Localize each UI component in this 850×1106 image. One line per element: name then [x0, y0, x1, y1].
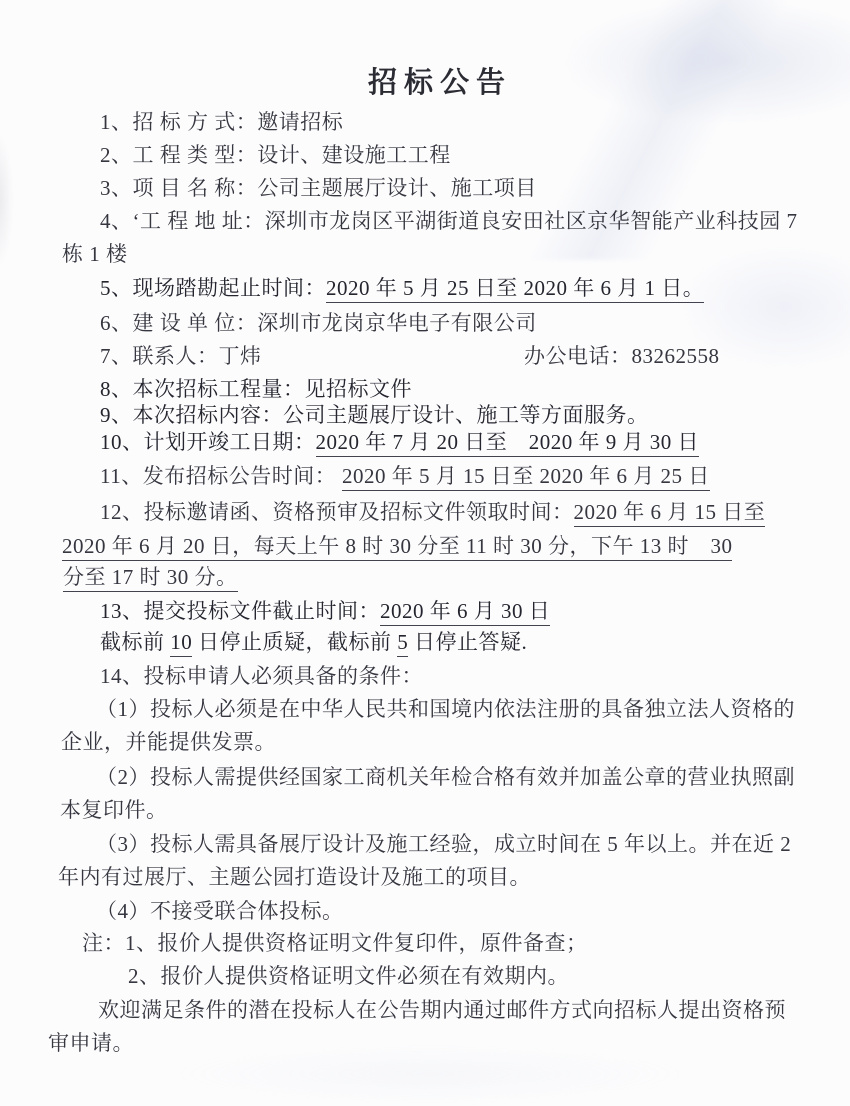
field-text: 1、招 标 方 式：邀请招标	[100, 110, 343, 134]
field-label: 11、发布招标公告时间：	[100, 464, 342, 488]
field-label: 5、现场踏勘起止时间：	[100, 276, 326, 300]
line-bidder-requirements-heading: 14、投标申请人必须具备的条件：	[100, 664, 423, 688]
document-title: 招标公告	[30, 60, 850, 101]
field-text: 欢迎满足条件的潜在投标人在公告期内通过邮件方式向招标人提出资格预	[98, 998, 786, 1022]
field-label: 10、计划开竣工日期：	[100, 430, 316, 454]
line-closing-invitation-wrap: 审申请。	[48, 1031, 134, 1055]
days-before-close-underlined: 10	[170, 630, 192, 657]
line-requirement-4: （4）不接受联合体投标。	[96, 899, 344, 923]
line-announcement-period: 11、发布招标公告时间： 2020 年 5 月 15 日至 2020 年 6 月…	[100, 464, 710, 488]
line-requirement-3: （3）投标人需具备展厅设计及施工经验，成立时间在 5 年以上。并在近 2	[96, 832, 791, 856]
field-text: 企业，并能提供发票。	[61, 730, 276, 754]
line-requirement-1-wrap: 企业，并能提供发票。	[61, 730, 276, 754]
line-contact-person: 7、联系人：丁炜办公电话：83262558	[100, 344, 820, 368]
line-submission-deadline: 13、提交投标文件截止时间：2020 年 6 月 30 日	[100, 599, 550, 623]
line-query-deadline: 截标前 10 日停止质疑，截标前 5 日停止答疑.	[100, 630, 527, 654]
line-construction-schedule: 10、计划开竣工日期：2020 年 7 月 20 日至 2020 年 9 月 3…	[100, 430, 699, 454]
line-project-address: 4、‘工 程 地 址：深圳市龙岗区平湖街道良安田社区京华智能产业科技园 7	[100, 209, 798, 233]
line-collection-time-wrap-1: 2020 年 6 月 20 日，每天上午 8 时 30 分至 11 时 30 分…	[62, 534, 732, 558]
field-text: 截标前	[100, 630, 170, 654]
field-text: （3）投标人需具备展厅设计及施工经验，成立时间在 5 年以上。并在近 2	[96, 832, 791, 856]
line-owner-unit: 6、建 设 单 位：深圳市龙岗京华电子有限公司	[100, 311, 537, 335]
field-text: （2）投标人需提供经国家工商机关年检合格有效并加盖公章的营业执照副	[96, 765, 795, 789]
field-text: 9、本次招标内容：公司主题展厅设计、施工等方面服务。	[100, 403, 649, 427]
field-text: 审申请。	[48, 1031, 134, 1055]
line-tender-content: 9、本次招标内容：公司主题展厅设计、施工等方面服务。	[100, 403, 649, 427]
office-phone: 办公电话：83262558	[524, 344, 720, 368]
line-collection-time-wrap-2: 分至 17 时 30 分。	[63, 565, 238, 589]
field-text: 14、投标申请人必须具备的条件：	[100, 664, 423, 688]
field-text: 注：1、报价人提供资格证明文件复印件，原件备查；	[82, 931, 588, 955]
scanned-tender-announcement-page: 招标公告 1、招 标 方 式：邀请招标 2、工 程 类 型：设计、建设施工工程 …	[0, 0, 850, 1106]
collection-dates-underlined: 分至 17 时 30 分。	[63, 565, 238, 592]
field-text: 栋 1 楼	[62, 242, 128, 266]
field-label: 13、提交投标文件截止时间：	[100, 599, 380, 623]
paper-edge-shadow-left	[0, 120, 26, 280]
line-requirement-3-wrap: 年内有过展厅、主题公园打造设计及施工的项目。	[58, 865, 531, 889]
deadline-date-underlined: 2020 年 6 月 30 日	[380, 599, 550, 626]
field-text: 3、项 目 名 称：公司主题展厅设计、施工项目	[100, 176, 537, 200]
field-text: 年内有过展厅、主题公园打造设计及施工的项目。	[58, 865, 531, 889]
schedule-dates-underlined: 2020 年 7 月 20 日至 2020 年 9 月 30 日	[316, 430, 700, 457]
line-requirement-1: （1）投标人必须是在中华人民共和国境内依法注册的具备独立法人资格的	[96, 697, 795, 721]
line-note-1: 注：1、报价人提供资格证明文件复印件，原件备查；	[82, 931, 588, 955]
line-site-visit-time: 5、现场踏勘起止时间：2020 年 5 月 25 日至 2020 年 6 月 1…	[100, 276, 704, 300]
field-text: 日停止质疑，截标前	[192, 630, 397, 654]
field-label: 12、投标邀请函、资格预审及招标文件领取时间：	[100, 500, 574, 524]
site-visit-dates-underlined: 2020 年 5 月 25 日至 2020 年 6 月 1 日。	[326, 276, 704, 303]
collection-dates-underlined: 2020 年 6 月 20 日，每天上午 8 时 30 分至 11 时 30 分…	[62, 534, 732, 561]
days-before-close-underlined: 5	[397, 630, 408, 657]
line-tender-method: 1、招 标 方 式：邀请招标	[100, 110, 343, 134]
line-closing-invitation: 欢迎满足条件的潜在投标人在公告期内通过邮件方式向招标人提出资格预	[98, 998, 786, 1022]
line-project-name: 3、项 目 名 称：公司主题展厅设计、施工项目	[100, 176, 537, 200]
collection-dates-underlined: 2020 年 6 月 15 日至	[574, 500, 766, 527]
field-text: 2、报价人提供资格证明文件必须在有效期内。	[128, 964, 569, 988]
contact-name: 7、联系人：丁炜	[100, 344, 262, 368]
line-requirement-2: （2）投标人需提供经国家工商机关年检合格有效并加盖公章的营业执照副	[96, 765, 795, 789]
field-text: 8、本次招标工程量：见招标文件	[100, 377, 412, 401]
line-project-type: 2、工 程 类 型：设计、建设施工工程	[100, 143, 451, 167]
field-text: （4）不接受联合体投标。	[96, 899, 344, 923]
field-text: 日停止答疑.	[408, 630, 527, 654]
line-project-address-wrap: 栋 1 楼	[62, 242, 128, 266]
field-text: 本复印件。	[60, 798, 168, 822]
field-text: （1）投标人必须是在中华人民共和国境内依法注册的具备独立法人资格的	[96, 697, 795, 721]
field-text: 4、‘工 程 地 址：深圳市龙岗区平湖街道良安田社区京华智能产业科技园 7	[100, 209, 798, 233]
field-text: 6、建 设 单 位：深圳市龙岗京华电子有限公司	[100, 311, 537, 335]
line-note-2: 2、报价人提供资格证明文件必须在有效期内。	[128, 964, 569, 988]
line-requirement-2-wrap: 本复印件。	[60, 798, 168, 822]
field-text: 2、工 程 类 型：设计、建设施工工程	[100, 143, 451, 167]
paper-shadow-bottom	[60, 1020, 800, 1106]
line-document-collection-time: 12、投标邀请函、资格预审及招标文件领取时间：2020 年 6 月 15 日至	[100, 500, 765, 524]
announcement-dates-underlined: 2020 年 5 月 15 日至 2020 年 6 月 25 日	[342, 464, 710, 491]
line-work-quantity: 8、本次招标工程量：见招标文件	[100, 377, 412, 401]
